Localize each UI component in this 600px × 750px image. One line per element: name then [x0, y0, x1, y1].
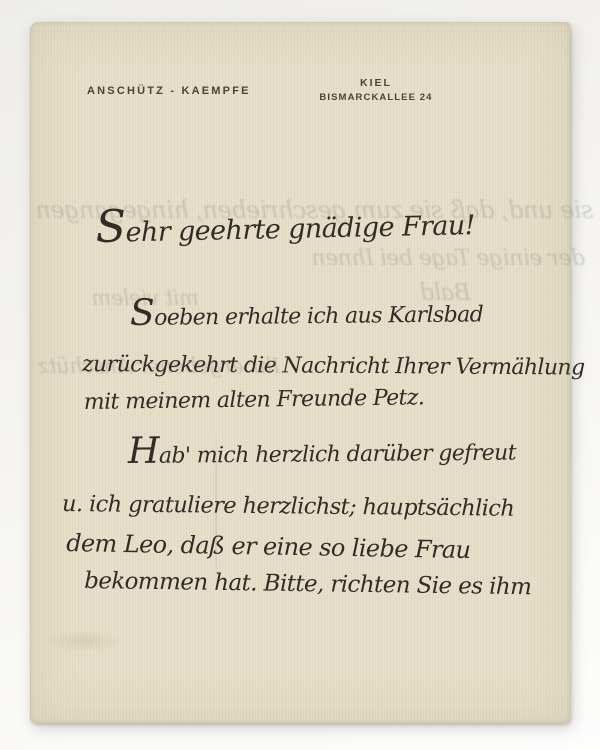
handwritten-line: u. ich gratuliere herzlichst; hauptsächl… [62, 493, 514, 520]
letterhead-address-block: KIEL BISMARCKALLEE 24 [286, 77, 466, 103]
letterhead-street: BISMARCKALLEE 24 [286, 92, 466, 103]
letter-photograph: ANSCHÜTZ - KAEMPFE KIEL BISMARCKALLEE 24… [0, 0, 600, 750]
handwritten-line: Hab' mich herzlich darüber gefreut [128, 443, 516, 468]
paper-crease [215, 430, 217, 590]
bleedthrough-line: der einige Tage bei Ihnen [312, 248, 585, 270]
handwritten-line: mit meinem alten Freunde Petz. [84, 387, 425, 414]
letter-paper: ANSCHÜTZ - KAEMPFE KIEL BISMARCKALLEE 24… [30, 22, 570, 723]
letterhead-city: KIEL [286, 77, 466, 89]
handwritten-line: zurückgekehrt die Nachricht Ihrer Vermäh… [82, 354, 585, 380]
letterhead-sender: ANSCHÜTZ - KAEMPFE [87, 85, 251, 97]
salutation-line: Sehr geehrte gnädige Frau! [95, 212, 475, 247]
handwritten-line: dem Leo, daß er eine so liebe Frau [66, 531, 471, 562]
paper-smudge [44, 630, 124, 652]
handwritten-line: bekommen hat. Bitte, richten Sie es ihm [84, 570, 531, 599]
handwritten-line: Soeben erhalte ich aus Karlsbad [130, 304, 483, 330]
